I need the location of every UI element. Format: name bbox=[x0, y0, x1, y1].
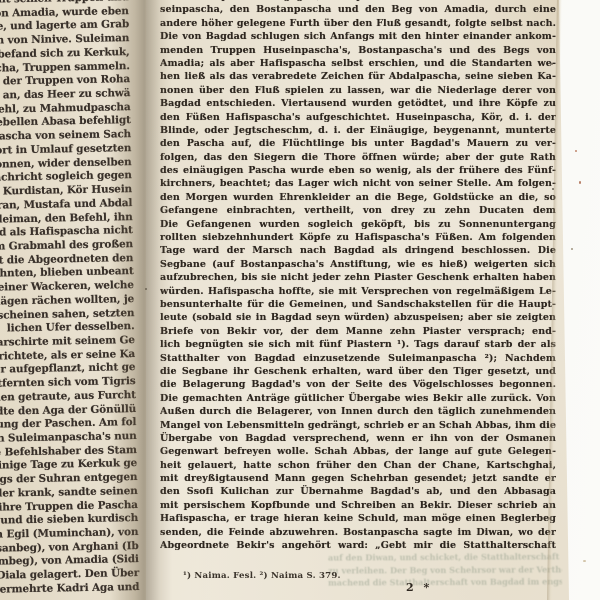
text-line: heit gelauert, hatte schon früher den Ch… bbox=[160, 459, 556, 472]
showthrough-line: zu verleihen. Der Beg von Schehrsor war … bbox=[328, 563, 562, 577]
showthrough-line: machend die Statthalterschaft von Bagdad… bbox=[328, 575, 562, 589]
text-line: den Pascha auf, die Flüchtlinge bis unte… bbox=[160, 137, 556, 150]
text-line: des einäugigen Pascha wurde eben so weni… bbox=[160, 164, 556, 177]
foxing-speck bbox=[11, 398, 13, 400]
text-line: mit persischem Kopfbunde und Schreiben a… bbox=[160, 499, 556, 512]
text-line: Blinde, oder Jegtscheschm, d. i. der Ein… bbox=[160, 124, 556, 137]
text-line: die Segbane ihr Geschenk erhalten, ward … bbox=[160, 365, 556, 378]
foxing-speck bbox=[531, 439, 533, 441]
foxing-speck bbox=[579, 181, 581, 184]
text-line: würden. Hafispascha hoffte, sie mit Vers… bbox=[160, 285, 556, 298]
body-text: dem Abdalpascha entgegen; Hafispascha ha… bbox=[160, 0, 556, 552]
text-line: rollten siebzehnhundert Köpfe zu Hafispa… bbox=[160, 231, 556, 244]
text-line: seinpascha, den Bostanpascha und den Beg… bbox=[160, 3, 556, 16]
text-line: lich begnügten sie sich mit fünf Piaster… bbox=[160, 338, 556, 351]
text-line: den Füßen Hafispascha's aufgeschichtet. … bbox=[160, 111, 556, 124]
text-line: den Morgen wurden Ehrenkleider an die Be… bbox=[160, 191, 556, 204]
text-line: Übergabe von Bagdad versprechend, wenn e… bbox=[160, 432, 556, 445]
left-page: er mit seinen Truppen undshaber von Amad… bbox=[0, 0, 148, 600]
page-signature: 2 * bbox=[406, 581, 432, 594]
text-line: Tage ward der Marsch nach Bagdad als dri… bbox=[160, 244, 556, 257]
foxing-speck bbox=[571, 248, 573, 250]
text-line: Mangel von Lebensmitteln gedrängt, schri… bbox=[160, 419, 556, 432]
text-line: folgen, das den Siegern die Thore öffnen… bbox=[160, 151, 556, 164]
text-line: Furth vermehrte Kadri Aga und bbox=[0, 581, 140, 599]
footnote: ¹) Naima. Fesl. ²) Naima S. 379. bbox=[183, 571, 341, 581]
text-line: aufzubrechen, bis sie nicht jeder zehn P… bbox=[160, 271, 556, 284]
text-line: Amadia; als aber Hafispascha selbst ersc… bbox=[160, 57, 556, 70]
text-line: mit dreyßigtausend Mann gegen Schehrban … bbox=[160, 472, 556, 485]
text-line: Segbane (auf Bostanpascha's Anstiftung, … bbox=[160, 258, 556, 271]
text-line: Gefangene einbrachten, vertheilt, von dr… bbox=[160, 204, 556, 217]
text-line: bensunterhalte für die Gemeinen, und San… bbox=[160, 298, 556, 311]
foxing-speck bbox=[575, 150, 577, 152]
foxing-speck bbox=[60, 520, 62, 522]
foxing-speck bbox=[583, 560, 586, 562]
text-line: Gegenwart befreyen wolle. Schah Abbas, d… bbox=[160, 445, 556, 458]
text-line: leute (sobald sie in Bagdad seyn würden)… bbox=[160, 311, 556, 324]
foxing-speck bbox=[551, 63, 553, 65]
foxing-speck bbox=[145, 288, 147, 290]
showthrough-text: auf den Diwan, und schicket, die Stattha… bbox=[328, 550, 562, 589]
text-line: Bagdad entschieden. Viertausend wurden g… bbox=[160, 97, 556, 110]
left-page-text: er mit seinen Truppen undshaber von Amad… bbox=[0, 0, 140, 599]
text-line: die Belagerung Bagdad's von der Seite de… bbox=[160, 378, 556, 391]
text-line: kirchners, beachtet; das Lager wich nich… bbox=[160, 177, 556, 190]
text-line: andere höher gelegene Furth über den Flu… bbox=[160, 17, 556, 30]
text-line: nonen über den Fluß spielen zu lassen, w… bbox=[160, 84, 556, 97]
text-line: Die von Bagdad schlugen sich Anfangs mit… bbox=[160, 30, 556, 43]
text-line: Hafispascha, er trage hieran keine Schul… bbox=[160, 512, 556, 525]
foxing-speck bbox=[552, 188, 554, 190]
text-line: Statthalter von Bagdad einzusetzende Sul… bbox=[160, 352, 556, 365]
foxing-speck bbox=[8, 299, 10, 301]
text-line: den Ssofi Kulichan zur Übernahme Bagdad'… bbox=[160, 485, 556, 498]
text-line: senden, die Feinde abzuwehren. Bostanpas… bbox=[160, 526, 556, 539]
showthrough-line: auf den Diwan, und schicket, die Stattha… bbox=[328, 550, 562, 564]
text-line: menden Truppen Huseinpascha's, Bostanpas… bbox=[160, 44, 556, 57]
text-line: Die gemachten Anträge gütlicher Übergabe… bbox=[160, 392, 556, 405]
book-photo: er mit seinen Truppen undshaber von Amad… bbox=[0, 0, 600, 600]
text-line: hen ließ als das verabredete Zeichen für… bbox=[160, 70, 556, 83]
text-line: Die Gefangenen wurden sogleich geköpft, … bbox=[160, 218, 556, 231]
text-line: Briefe von Bekir vor, der dem Manne zehn… bbox=[160, 325, 556, 338]
text-line: Außen durch die Belagerer, von Innen dur… bbox=[160, 405, 556, 418]
